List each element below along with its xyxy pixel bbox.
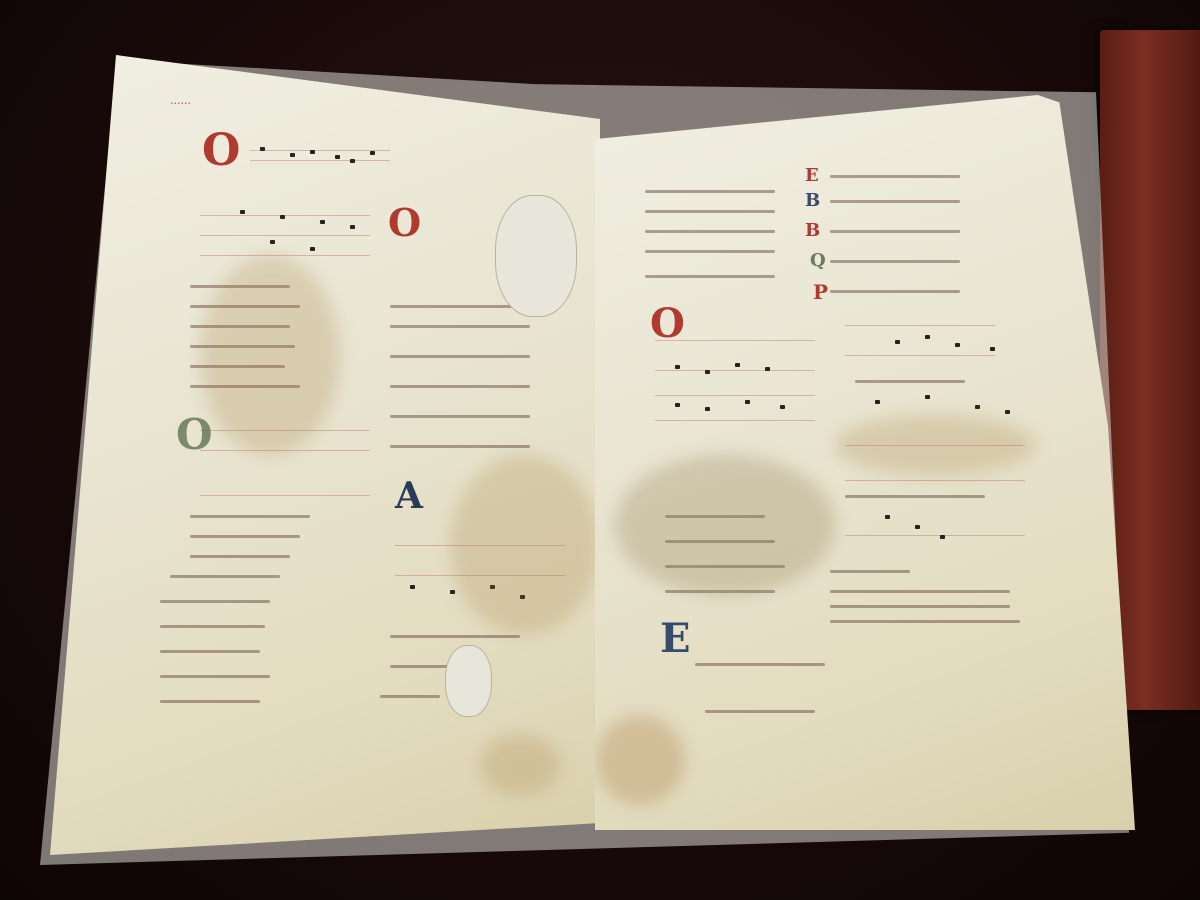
initial-blue: A — [395, 475, 423, 517]
initial-o-2: O — [388, 200, 421, 245]
initial-e-right: E — [660, 615, 691, 662]
initial-o-1: O — [202, 125, 240, 176]
initial-o-3: O — [176, 410, 213, 459]
parchment-hole — [445, 645, 492, 717]
right-folio: O E E B B Q P — [595, 95, 1135, 830]
parchment-hole — [495, 195, 577, 317]
rubric-heading: ······ — [170, 97, 191, 110]
left-folio: ······ O O O A — [50, 55, 600, 855]
